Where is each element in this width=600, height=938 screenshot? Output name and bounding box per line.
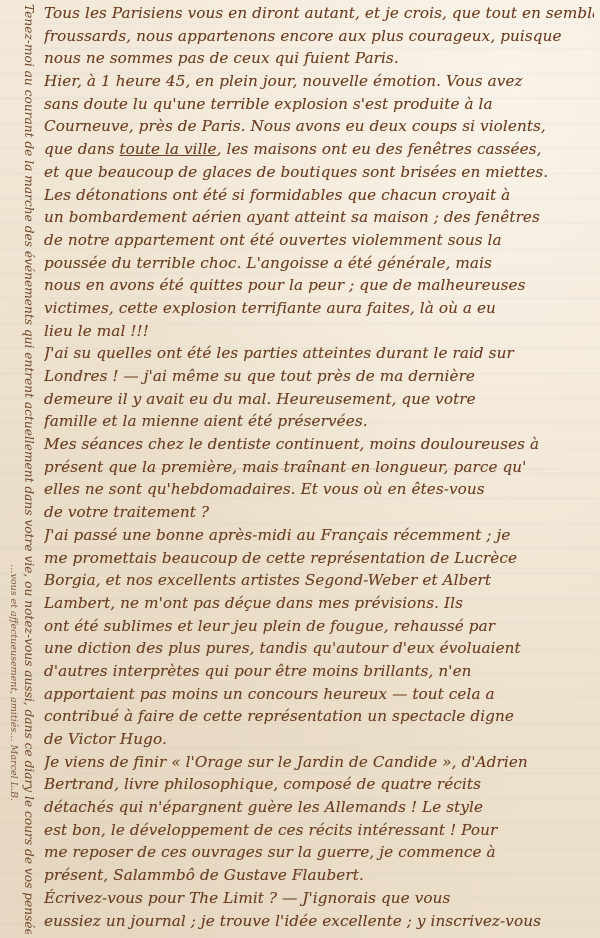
letter-page: Tenez-moi au courant de la marche des év… <box>0 0 600 938</box>
letter-line: un bombardement aérien ayant atteint sa … <box>44 206 594 229</box>
letter-line: me reposer de ces ouvrages sur la guerre… <box>44 841 594 864</box>
letter-line: demeure il y avait eu du mal. Heureuseme… <box>44 388 594 411</box>
letter-line: victimes, cette explosion terrifiante au… <box>44 297 594 320</box>
letter-line: Mes séances chez le dentiste continuent,… <box>44 433 594 456</box>
letter-line: Les détonations ont été si formidables q… <box>44 184 594 207</box>
letter-line: Borgia, et nos excellents artistes Segon… <box>44 569 594 592</box>
letter-line: Bertrand, livre philosophique, composé d… <box>44 773 594 796</box>
letter-line: de votre traitement ? <box>44 501 594 524</box>
letter-line: présent que la première, mais traînant e… <box>44 456 594 479</box>
letter-line: Tous les Parisiens vous en diront autant… <box>44 2 594 25</box>
letter-line: apportaient pas moins un concours heureu… <box>44 683 594 706</box>
letter-line: présent, Salammbô de Gustave Flaubert. <box>44 864 594 887</box>
letter-line-underlined: que dans toute la ville, les maisons ont… <box>44 138 594 161</box>
letter-line: elles ne sont qu'hebdomadaires. Et vous … <box>44 478 594 501</box>
letter-line: Londres ! — j'ai même su que tout près d… <box>44 365 594 388</box>
letter-line: famille et la mienne aient été préservée… <box>44 410 594 433</box>
letter-line: et que beaucoup de glaces de boutiques s… <box>44 161 594 184</box>
letter-line: J'ai passé une bonne après-midi au Franç… <box>44 524 594 547</box>
letter-line: Je viens de finir « l'Orage sur le Jardi… <box>44 751 594 774</box>
letter-line: Écrivez-vous pour The Limit ? — J'ignora… <box>44 887 594 910</box>
letter-line: de Victor Hugo. <box>44 728 594 751</box>
letter-line: contribué à faire de cette représentatio… <box>44 705 594 728</box>
letter-line-part: , les maisons ont eu des fenêtres cassée… <box>217 140 542 158</box>
letter-line: est bon, le développement de ces récits … <box>44 819 594 842</box>
letter-line: eussiez un journal ; je trouve l'idée ex… <box>44 910 594 933</box>
letter-line: d'autres interprètes qui pour être moins… <box>44 660 594 683</box>
letter-line: Lambert, ne m'ont pas déçue dans mes pré… <box>44 592 594 615</box>
margin-note-secondary: …vous et affectueusement, amitiés… Marce… <box>6 4 21 934</box>
letter-line: froussards, nous appartenons encore aux … <box>44 25 594 48</box>
letter-line: une diction des plus pures, tandis qu'au… <box>44 637 594 660</box>
letter-line: Hier, à 1 heure 45, en plein jour, nouve… <box>44 70 594 93</box>
letter-line: poussée du terrible choc. L'angoisse a é… <box>44 252 594 275</box>
letter-line: Courneuve, près de Paris. Nous avons eu … <box>44 115 594 138</box>
margin-note-vertical: Tenez-moi au courant de la marche des év… <box>2 4 36 934</box>
underlined-phrase: toute la ville <box>119 140 216 158</box>
letter-line: ont été sublimes et leur jeu plein de fo… <box>44 615 594 638</box>
margin-note-main: Tenez-moi au courant de la marche des év… <box>21 4 36 934</box>
letter-line: sans doute lu qu'une terrible explosion … <box>44 93 594 116</box>
letter-line: détachés qui n'épargnent guère les Allem… <box>44 796 594 819</box>
letter-line: nous ne sommes pas de ceux qui fuient Pa… <box>44 47 594 70</box>
letter-line: nous en avons été quittes pour la peur ;… <box>44 274 594 297</box>
letter-line-part: que dans <box>44 140 119 158</box>
letter-body: Tous les Parisiens vous en diront autant… <box>44 2 594 932</box>
letter-line: de notre appartement ont été ouvertes vi… <box>44 229 594 252</box>
letter-line: J'ai su quelles ont été les parties atte… <box>44 342 594 365</box>
letter-line: me promettais beaucoup de cette représen… <box>44 547 594 570</box>
letter-line: lieu le mal !!! <box>44 320 594 343</box>
